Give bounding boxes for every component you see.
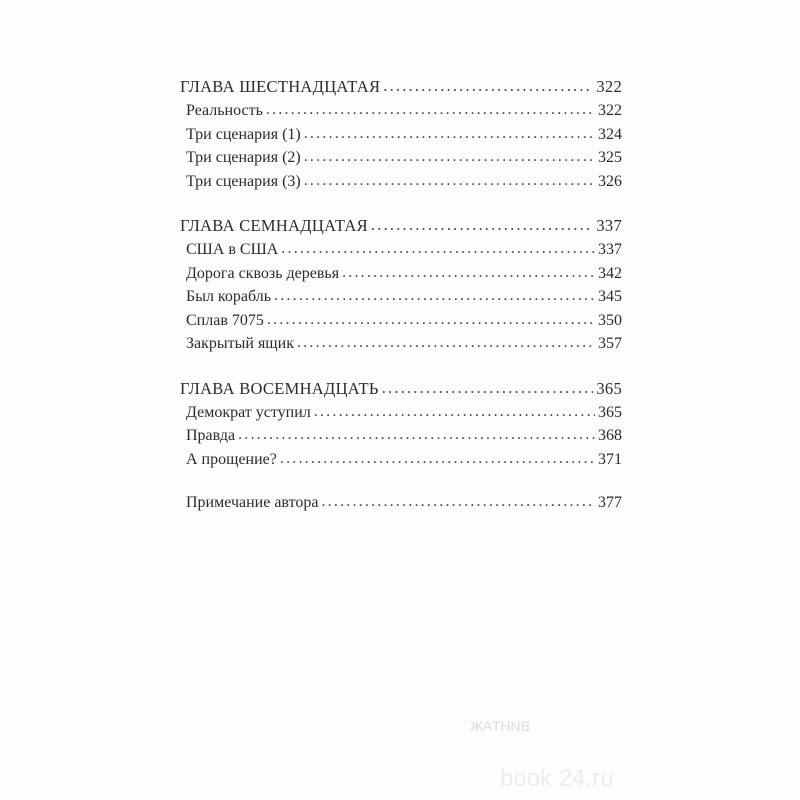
dot-leader <box>314 400 595 424</box>
entry-title: Правда <box>186 424 235 448</box>
toc-entry[interactable]: Правда 368 <box>180 424 622 448</box>
chapter-heading[interactable]: ГЛАВА ВОСЕМНАДЦАТЬ 365 <box>180 376 622 401</box>
entry-title: Три сценария (2) <box>186 146 301 170</box>
dot-leader <box>371 212 593 237</box>
toc-entry[interactable]: США в США 337 <box>180 238 622 262</box>
entry-title: Сплав 7075 <box>186 309 264 333</box>
page-number: 326 <box>598 170 622 194</box>
page-number: 322 <box>598 99 622 123</box>
bleed-through-logo: book 24.ru <box>500 765 613 793</box>
toc-entry-author-note[interactable]: Примечание автора 377 <box>180 491 622 515</box>
dot-leader <box>297 331 595 355</box>
page-number: 337 <box>596 213 622 238</box>
toc-entry[interactable]: Сплав 7075 350 <box>180 309 622 333</box>
entry-title: А прощение? <box>186 448 277 472</box>
chapter-title: ГЛАВА ШЕСТНАДЦАТАЯ <box>180 74 380 99</box>
chapter-title: ГЛАВА СЕМНАДЦАТАЯ <box>180 213 368 238</box>
chapter-heading[interactable]: ГЛАВА ШЕСТНАДЦАТАЯ 322 <box>180 74 622 99</box>
entry-title: Реальность <box>186 99 263 123</box>
entry-title: Закрытый ящик <box>186 332 294 356</box>
page-number: 368 <box>598 424 622 448</box>
dot-leader <box>383 73 593 98</box>
toc-entry[interactable]: Закрытый ящик 357 <box>180 332 622 356</box>
dot-leader <box>342 261 595 285</box>
dot-leader <box>321 490 595 514</box>
chapter-heading[interactable]: ГЛАВА СЕМНАДЦАТАЯ 337 <box>180 213 622 238</box>
page-number: 365 <box>596 376 622 401</box>
dot-leader <box>274 284 595 308</box>
entry-title: Демократ уступил <box>186 401 311 425</box>
dot-leader <box>266 98 595 122</box>
dot-leader <box>382 375 594 400</box>
page-number: 371 <box>598 448 622 472</box>
page-number: 324 <box>598 123 622 147</box>
page-number: 357 <box>598 332 622 356</box>
page-number: 377 <box>598 491 622 515</box>
page-number: 365 <box>598 401 622 425</box>
toc-entry[interactable]: Был корабль 345 <box>180 285 622 309</box>
author-note-section: Примечание автора 377 <box>180 491 622 515</box>
page-number: 345 <box>598 285 622 309</box>
dot-leader <box>267 308 595 332</box>
entry-title: Три сценария (3) <box>186 170 301 194</box>
page-number: 322 <box>596 74 622 99</box>
bleed-through-text: ВИНТАЖ <box>470 718 530 734</box>
dot-leader <box>304 145 595 169</box>
entry-title: США в США <box>186 238 278 262</box>
page-number: 325 <box>598 146 622 170</box>
dot-leader <box>304 169 595 193</box>
chapter-title: ГЛАВА ВОСЕМНАДЦАТЬ <box>180 376 379 401</box>
chapter-17: ГЛАВА СЕМНАДЦАТАЯ 337 США в США 337 Доро… <box>180 213 622 356</box>
page-number: 350 <box>598 309 622 333</box>
page-number: 337 <box>598 238 622 262</box>
page-number: 342 <box>598 262 622 286</box>
dot-leader <box>281 237 595 261</box>
entry-title: Был корабль <box>186 285 271 309</box>
toc-entry[interactable]: Реальность 322 <box>180 99 622 123</box>
entry-title: Три сценария (1) <box>186 123 301 147</box>
toc-entry[interactable]: Три сценария (2) 325 <box>180 146 622 170</box>
chapter-16: ГЛАВА ШЕСТНАДЦАТАЯ 322 Реальность 322 Тр… <box>180 74 622 193</box>
toc-entry[interactable]: Три сценария (3) 326 <box>180 170 622 194</box>
toc-entry[interactable]: Дорога сквозь деревья 342 <box>180 262 622 286</box>
entry-title: Примечание автора <box>186 491 318 515</box>
dot-leader <box>238 423 595 447</box>
table-of-contents: ГЛАВА ШЕСТНАДЦАТАЯ 322 Реальность 322 Тр… <box>180 74 622 535</box>
dot-leader <box>304 122 595 146</box>
entry-title: Дорога сквозь деревья <box>186 262 339 286</box>
book-page: ГЛАВА ШЕСТНАДЦАТАЯ 322 Реальность 322 Тр… <box>0 0 800 800</box>
toc-entry[interactable]: А прощение? 371 <box>180 448 622 472</box>
toc-entry[interactable]: Три сценария (1) 324 <box>180 123 622 147</box>
dot-leader <box>280 447 595 471</box>
toc-entry[interactable]: Демократ уступил 365 <box>180 401 622 425</box>
chapter-18: ГЛАВА ВОСЕМНАДЦАТЬ 365 Демократ уступил … <box>180 376 622 472</box>
